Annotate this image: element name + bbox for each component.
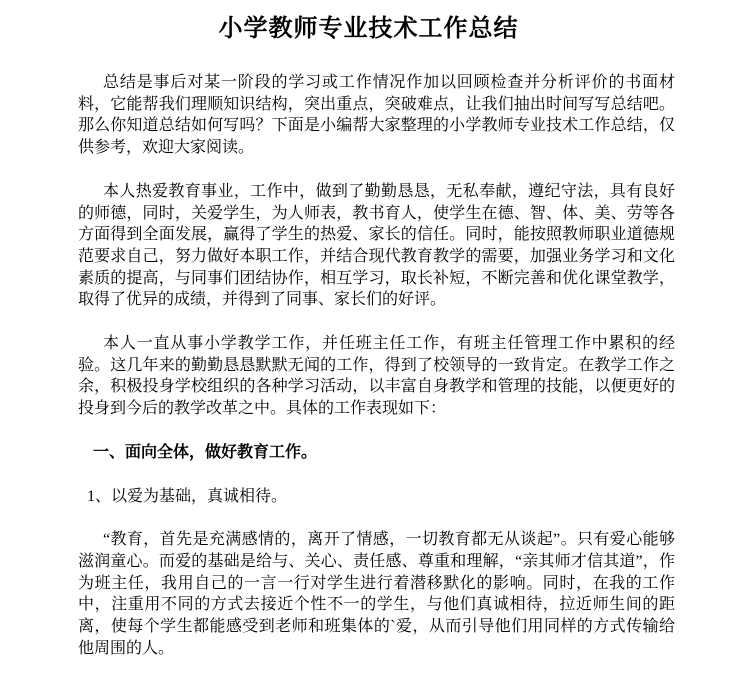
paragraph-work-experience: 本人一直从事小学教学工作，并任班主任工作，有班主任管理工作中累积的经验。这几年来… [78,333,675,420]
paragraph-teacher-ethics: 本人热爱教育事业，工作中，做到了勤勤恳恳，无私奉献，遵纪守法，具有良好的师德，同… [78,181,675,311]
paragraph-love-education: “教育，首先是充满感情的，离开了情感，一切教育都无从谈起”。只有爱心能够滋润童心… [78,529,675,659]
section-heading-1: 一、面向全体，做好教育工作。 [78,442,675,464]
list-item-1: 1、以爱为基础，真诚相待。 [78,486,675,508]
document-page: 小学教师专业技术工作总结 总结是事后对某一阶段的学习或工作情况作加以回顾检查并分… [0,0,737,687]
page-title: 小学教师专业技术工作总结 [78,12,659,46]
paragraph-summary-intro: 总结是事后对某一阶段的学习或工作情况作加以回顾检查并分析评价的书面材料，它能帮我… [78,72,675,159]
